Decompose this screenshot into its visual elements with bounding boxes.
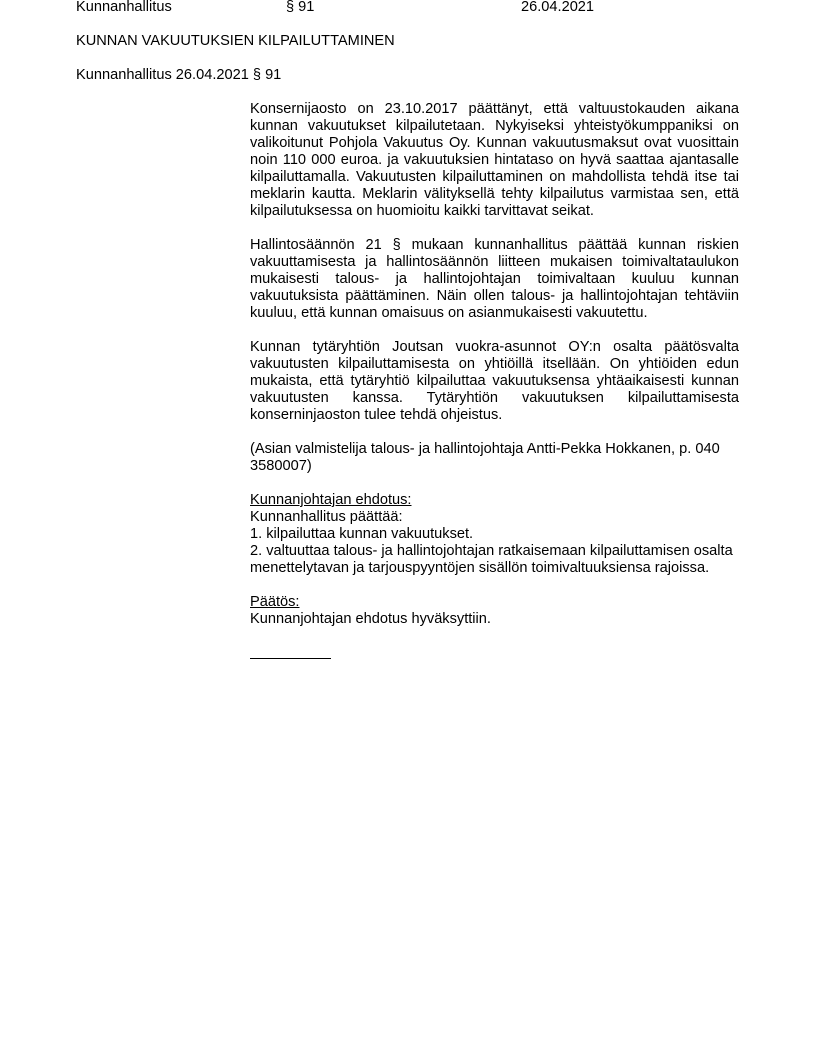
decision-section: Päätös: Kunnanjohtajan ehdotus hyväksytt… xyxy=(250,594,739,628)
header-section: § 91 xyxy=(286,0,314,16)
end-separator-line xyxy=(250,658,331,659)
proposal-item: 1. kilpailuttaa kunnan vakuutukset. xyxy=(250,526,739,543)
proposal-item: 2. valtuuttaa talous- ja hallintojohtaja… xyxy=(250,543,739,577)
paragraph-preparer: (Asian valmistelija talous- ja hallintoj… xyxy=(250,441,739,475)
proposal-section: Kunnanjohtajan ehdotus: Kunnanhallitus p… xyxy=(250,492,739,577)
header-organ: Kunnanhallitus xyxy=(76,0,172,16)
document-title: KUNNAN VAKUUTUKSIEN KILPAILUTTAMINEN xyxy=(76,33,395,50)
paragraph-regulation: Hallintosäännön 21 § mukaan kunnanhallit… xyxy=(250,237,739,322)
document-body: Konsernijaosto on 23.10.2017 päättänyt, … xyxy=(250,101,739,659)
meeting-reference: Kunnanhallitus 26.04.2021 § 91 xyxy=(76,67,281,84)
paragraph-subsidiary: Kunnan tytäryhtiön Joutsan vuokra-asunno… xyxy=(250,339,739,424)
paragraph-background: Konsernijaosto on 23.10.2017 päättänyt, … xyxy=(250,101,739,220)
header-date: 26.04.2021 xyxy=(521,0,594,16)
proposal-intro: Kunnanhallitus päättää: xyxy=(250,509,739,526)
decision-text: Kunnanjohtajan ehdotus hyväksyttiin. xyxy=(250,611,739,628)
decision-heading: Päätös: xyxy=(250,594,739,611)
proposal-heading: Kunnanjohtajan ehdotus: xyxy=(250,492,739,509)
